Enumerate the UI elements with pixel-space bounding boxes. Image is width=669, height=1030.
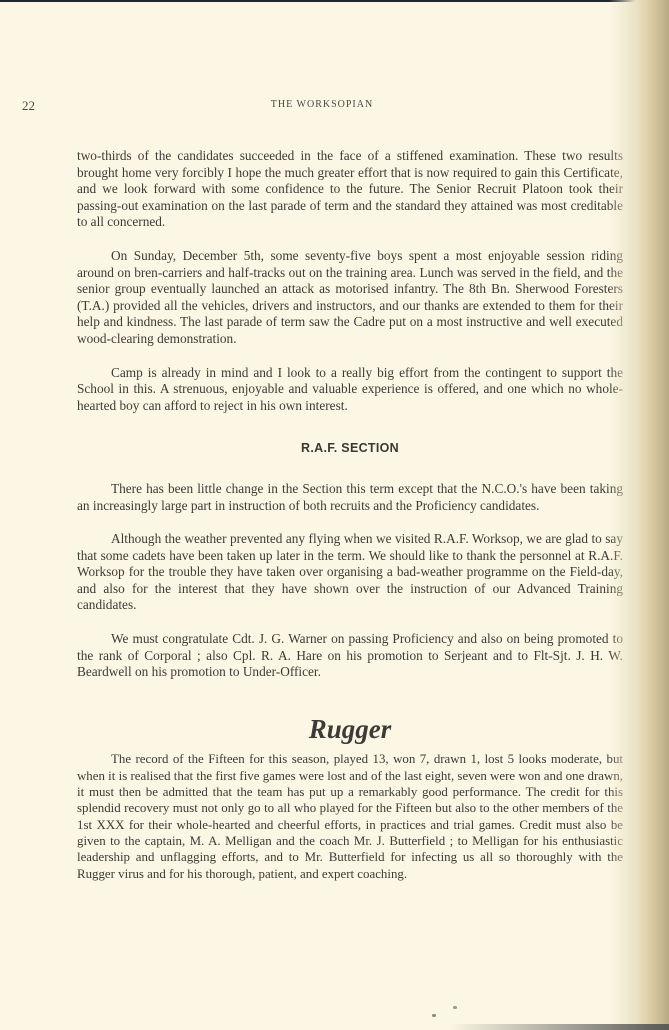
ink-speck [453, 1006, 457, 1009]
ink-speck [432, 1014, 436, 1017]
running-head: 22 THE WORKSOPIAN [22, 98, 622, 114]
raf-paragraph-ncos: There has been little change in the Sect… [77, 481, 623, 514]
cadet-paragraph-field-day: On Sunday, December 5th, some seventy-fi… [77, 248, 623, 348]
page-binding-shadow [609, 0, 669, 1030]
raf-paragraph-flying: Although the weather prevented any flyin… [77, 531, 623, 614]
journal-title: THE WORKSOPIAN [22, 99, 622, 110]
cadet-paragraph-camp: Camp is already in mind and I look to a … [77, 365, 623, 415]
scan-top-border [0, 0, 669, 2]
raf-section-heading: R.A.F. SECTION [77, 440, 623, 457]
scan-bottom-shadow [449, 1024, 669, 1030]
cadet-paragraph-continued: two-thirds of the candidates succeeded i… [77, 148, 623, 231]
page-body: two-thirds of the candidates succeeded i… [77, 148, 623, 882]
raf-paragraph-congratulations: We must congratulate Cdt. J. G. Warner o… [77, 631, 623, 681]
rugger-paragraph-record: The record of the Fifteen for this seaso… [77, 751, 623, 881]
rugger-title: Rugger [77, 721, 623, 738]
